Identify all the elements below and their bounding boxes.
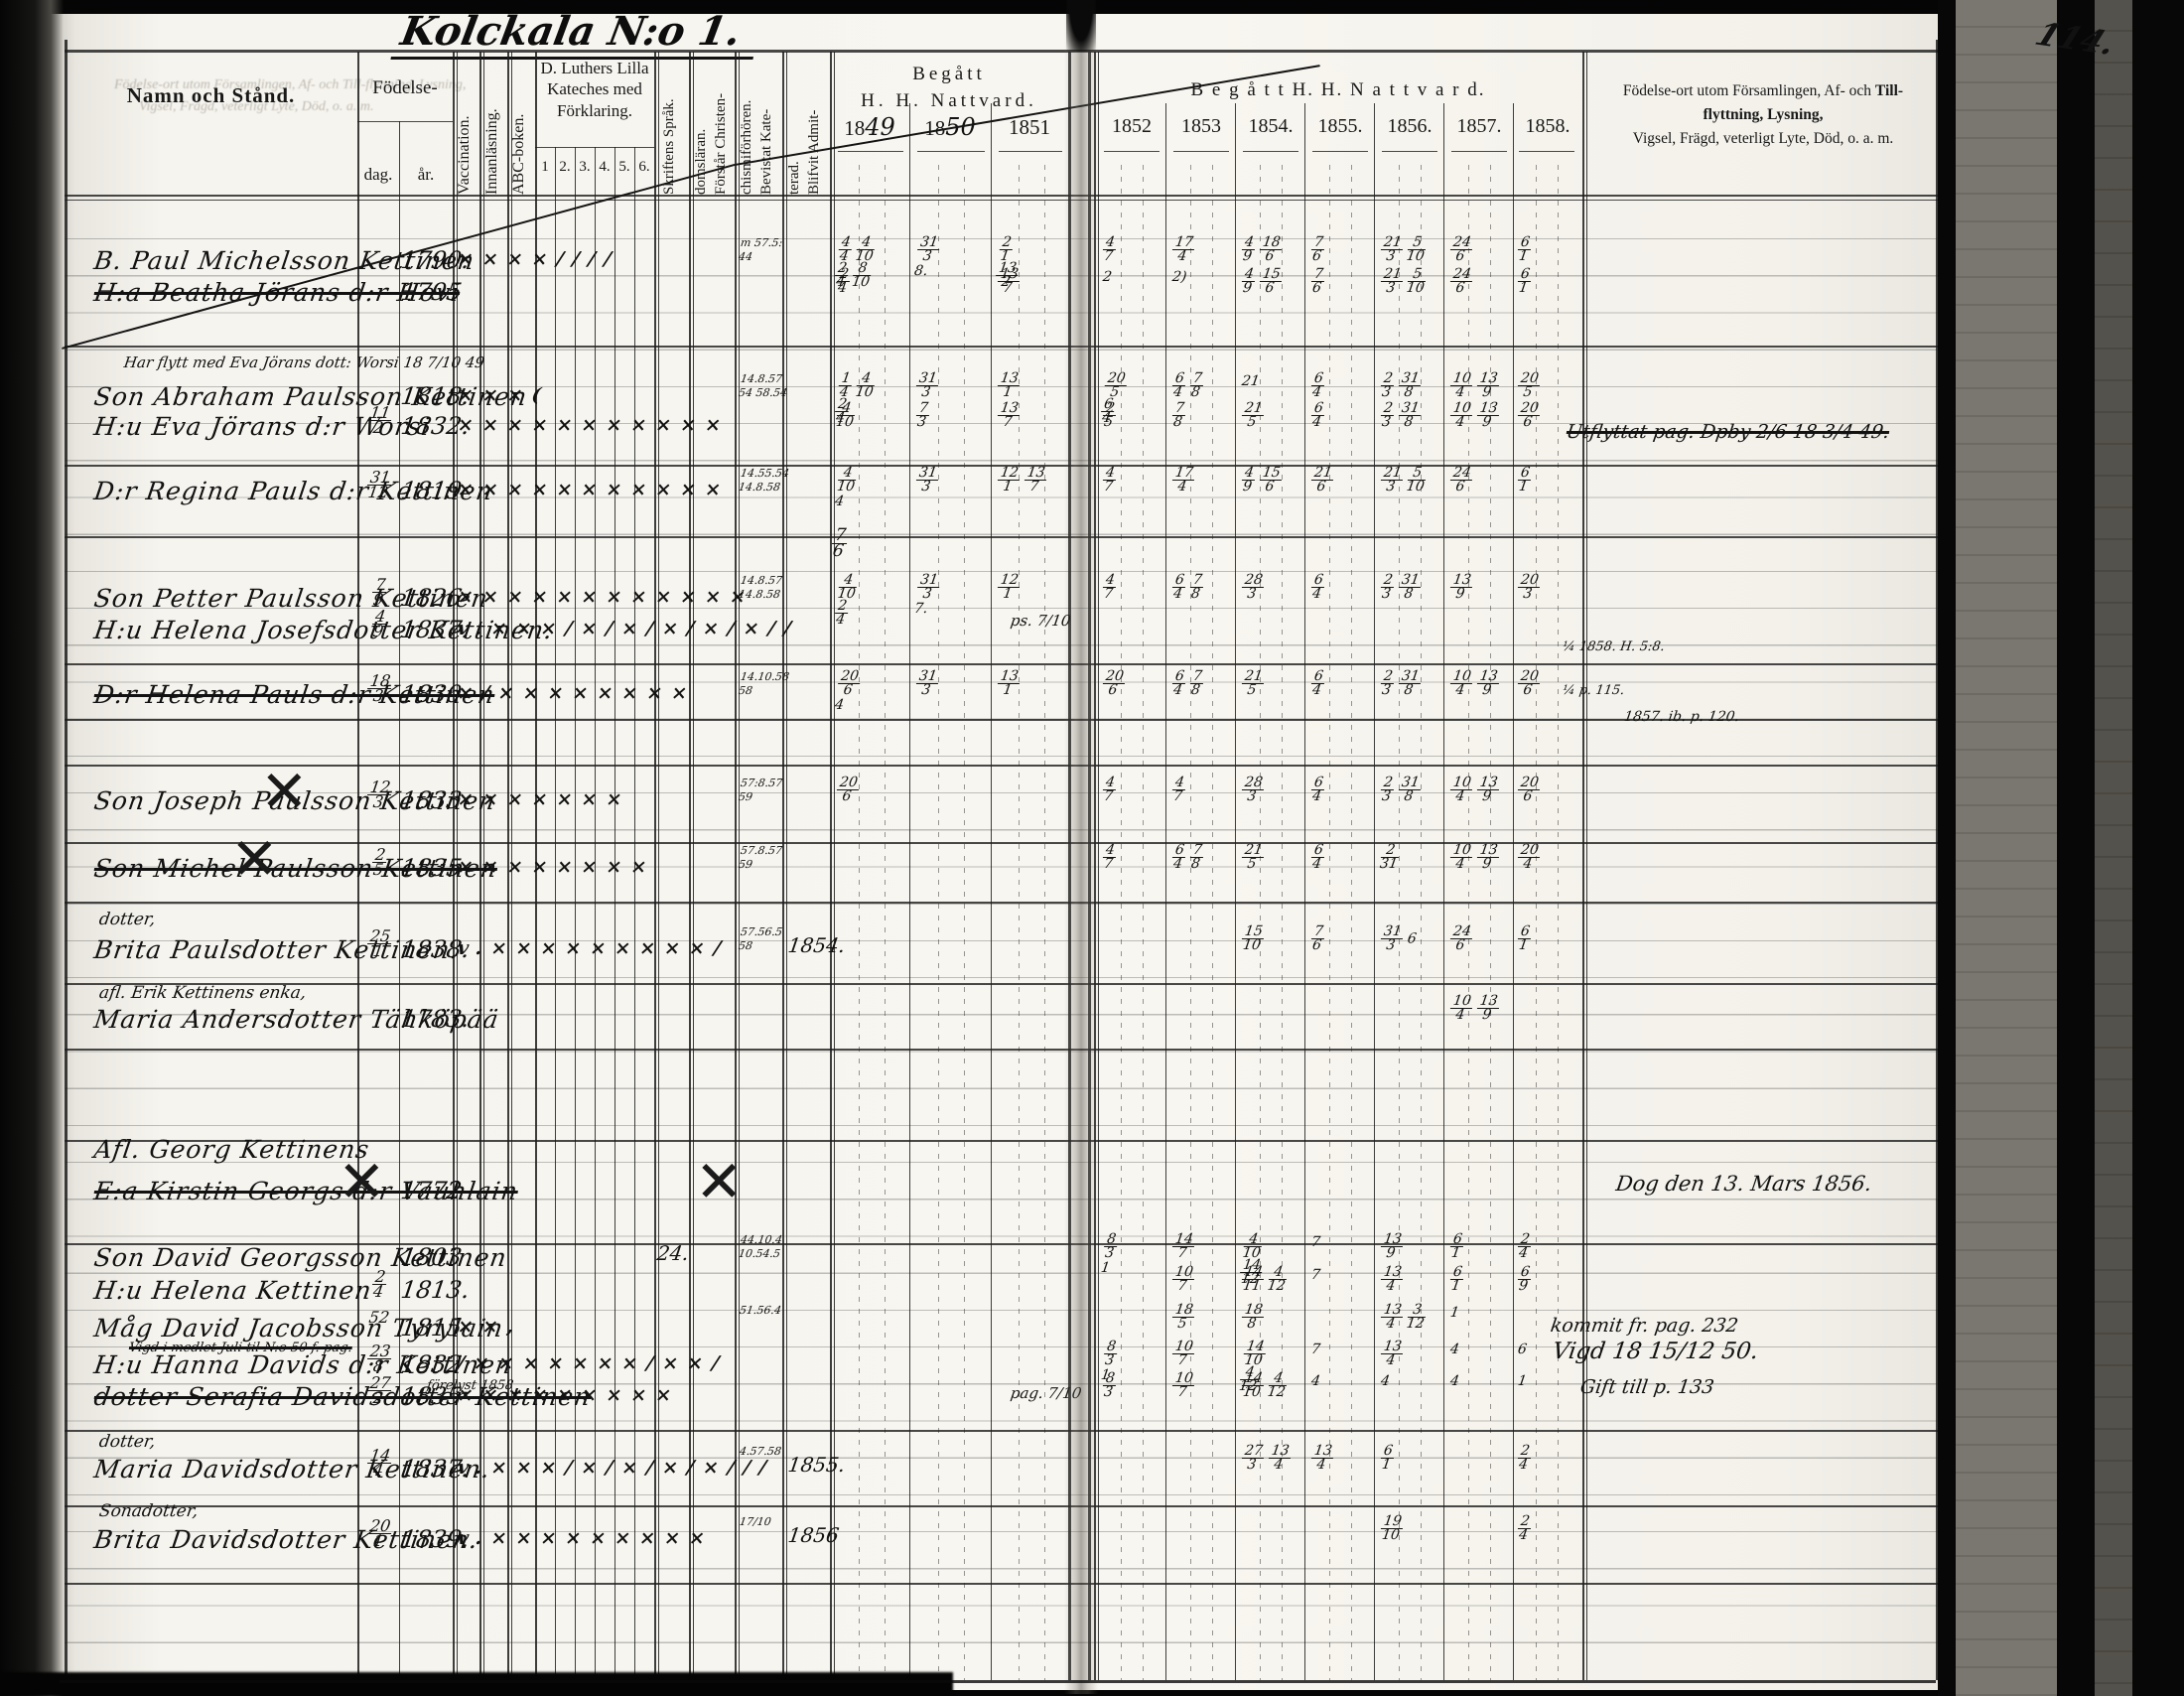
communion-entry: 283 — [1240, 777, 1303, 802]
communion-entry: 49186 — [1240, 236, 1303, 262]
communion-entry: 104139 — [1448, 777, 1512, 802]
scan-bottom-edge — [0, 1672, 953, 1696]
year-col-1854: 1854. — [1237, 115, 1304, 138]
year-col-1856: 1856. — [1376, 115, 1443, 138]
grid-line — [535, 147, 654, 148]
communion-entry: 61 — [1516, 268, 1579, 294]
communion-entry: 313 — [914, 467, 990, 493]
row-birth-year: 1815 — [399, 1314, 464, 1342]
grid-line — [65, 50, 1938, 53]
communion-entry: 7 — [1310, 1341, 1372, 1357]
row-birth-year: 1813. — [399, 1276, 472, 1304]
row-marks: /×××××××/××/ — [456, 1352, 729, 1374]
grid-line — [735, 52, 737, 1680]
grid-line — [65, 536, 1938, 538]
row-birth-year: 1772 — [399, 1177, 464, 1204]
year-col-1858: 1858. — [1515, 115, 1580, 138]
communion-entry: 23318 — [1379, 402, 1442, 428]
row-birth-year: 1795 — [399, 278, 464, 306]
row-birth-year: 1826 — [399, 584, 464, 612]
grid-line — [65, 346, 1938, 348]
book-edge-stripe — [2095, 0, 2132, 1696]
kat-col-4: 4. — [595, 159, 614, 176]
grid-line — [1243, 151, 1298, 152]
margin-annotation: ¼ 1858. H. 5:8. — [1562, 639, 1666, 654]
communion-entry: 73 — [914, 402, 990, 428]
communion-entry: 64 — [1309, 574, 1373, 600]
row-bevistat-note: 57.8.5759 — [738, 844, 783, 872]
row-birth-day: 272 — [357, 1376, 401, 1406]
grid-line — [65, 983, 1938, 985]
margin-annotation: kommit fr. pag. 232 — [1549, 1315, 1739, 1337]
communion-entry: 205 — [1516, 372, 1579, 398]
scan-left-edge — [0, 0, 64, 1696]
grid-line — [1443, 103, 1444, 1680]
communion-entry: 47 — [1101, 236, 1164, 262]
cross-out-mark: ✕ — [695, 1153, 744, 1210]
margin-annotation: Dog den 13. Mars 1856. — [1614, 1172, 1873, 1196]
row-bevistat-note: m 57.5:44 — [738, 236, 783, 264]
row-bevistat-note: 14.8.5754 58.54 — [738, 372, 790, 400]
communion-entry: 134 — [1379, 1341, 1442, 1366]
communion-entry: 131 — [996, 670, 1067, 696]
row-bevistat-note: 51.56.4 — [739, 1304, 782, 1318]
communion-entry: 104139 — [1448, 670, 1512, 696]
year-col-1857: 1857. — [1445, 115, 1513, 138]
grid-line — [1165, 103, 1166, 1680]
communion-entry: 2) — [1171, 268, 1233, 285]
communion-entry: 76 — [1309, 925, 1373, 951]
communion-entry: 61 — [1379, 1445, 1442, 1471]
communion-entry: 204 — [1516, 844, 1579, 870]
communion-entry: 206 — [1101, 670, 1164, 696]
row-birth-day: 3112 — [357, 471, 401, 500]
communion-entry: 313 — [914, 670, 990, 696]
communion-entry: 61 — [1516, 236, 1579, 262]
communion-entry: 273134 — [1240, 1445, 1303, 1471]
col-header-blifvit-2: terad. — [786, 56, 803, 195]
page-bottom-line — [60, 1680, 1936, 1683]
communion-entry: 174 — [1170, 467, 1234, 493]
communion-entry: 23318 — [1379, 372, 1442, 398]
row-birth-day: 24 — [357, 1270, 401, 1300]
row-birth-day: 201 — [357, 1519, 401, 1549]
communion-entry: 203 — [1516, 574, 1579, 600]
grid-line — [357, 121, 453, 122]
communion-entry: 2 — [1102, 268, 1163, 285]
row-marks: ××××××× — [456, 788, 632, 810]
row-birth-day: 238 — [357, 1344, 401, 1374]
row-bevistat-note: 14.10.5858 — [738, 670, 790, 698]
col-header-begatt-left: BegåttH. H. Nattvard. — [830, 62, 1068, 114]
communion-entry: 64 — [1309, 372, 1373, 398]
communion-entry: 1 — [1517, 1372, 1578, 1389]
col-header-luthers: D. Luthers Lilla Kateches med Förklaring… — [535, 58, 654, 121]
row-birth-year: 1830 — [399, 680, 464, 708]
communion-entry: 216 — [1309, 467, 1373, 493]
row-bevistat-note: 17/10 — [739, 1515, 772, 1529]
grid-line — [838, 151, 903, 152]
grid-line — [830, 52, 832, 1680]
row-birth-year: 1803 — [399, 1243, 464, 1271]
row-admitted-year: 1855. — [786, 1453, 847, 1477]
grid-line — [1513, 103, 1514, 1680]
communion-entry: 283 — [1240, 574, 1303, 600]
communion-entry: 61 — [1516, 467, 1579, 493]
communion-entry: 4 — [1449, 1372, 1511, 1389]
col-header-abc-boken: ABC-boken. — [510, 56, 528, 195]
communion-entry: 246 — [1448, 236, 1512, 262]
communion-entry: 215 — [1240, 670, 1303, 696]
communion-entry: 1910 — [1379, 1515, 1442, 1541]
row-birth-day: 79 — [357, 578, 401, 608]
grid-line — [65, 1430, 1938, 1432]
scan-right-edge — [1938, 0, 2184, 1696]
communion-entry: 23318 — [1379, 574, 1442, 600]
grid-line — [1451, 151, 1507, 152]
communion-entry: 215 — [1240, 844, 1303, 870]
communion-entry: 188 — [1240, 1304, 1303, 1330]
communion-entry: 313 — [914, 372, 990, 398]
row-marks: ×/×××××××× — [456, 682, 697, 704]
communion-entry: 213510 — [1379, 236, 1442, 262]
grid-line — [917, 151, 985, 152]
col-header-vaccination: Vaccination. — [456, 56, 474, 195]
grid-line — [1104, 151, 1160, 152]
row-bevistat-note: 4.57.58 — [739, 1445, 782, 1459]
communion-entry: 246 — [1448, 925, 1512, 951]
communion-entry: 47 — [1101, 777, 1164, 802]
col-header-bevistat-2: chismiförhören. — [739, 56, 755, 195]
grid-line — [909, 103, 910, 1680]
communion-entry: 1411412 — [1240, 1266, 1303, 1292]
communion-entry: 24 — [1516, 1515, 1579, 1541]
communion-entry: 107 — [1170, 1266, 1234, 1292]
row-marks: ××××××××××× — [456, 414, 731, 436]
grid-line — [834, 52, 835, 1680]
grid-line — [65, 765, 1938, 767]
col-header-ar: år. — [399, 165, 453, 185]
grid-line — [658, 52, 659, 1680]
grid-line — [614, 147, 615, 1680]
communion-entry: 137 — [996, 402, 1067, 428]
row-bevistat-note: 14.55.5414.8.58 — [738, 467, 790, 495]
col-header-fodelse: Födelse- — [357, 77, 453, 99]
communion-entry: 24 — [1516, 1233, 1579, 1259]
margin-annotation: Utflyttat pag. Dpby 2/6 18 3/4 49. — [1565, 421, 1890, 443]
grid-line — [689, 52, 691, 1680]
row-birth-year: 1833 — [399, 786, 464, 814]
communion-entry: 104139 — [1448, 372, 1512, 398]
communion-entry: 104139 — [1448, 995, 1512, 1021]
row-marks: ×××××××××××× — [456, 586, 755, 608]
margin-annotation: Vigd 18 15/12 50. — [1551, 1339, 1760, 1364]
communion-entry: 4104 — [834, 467, 909, 509]
page-fold-top — [1066, 0, 1096, 52]
communion-entry: 131 — [996, 372, 1067, 398]
communion-entry: 21 — [1241, 372, 1302, 389]
communion-entry: 23318 — [1379, 777, 1442, 802]
grid-line — [555, 147, 556, 1680]
row-bevistat-note: 57.56.558 — [738, 925, 783, 953]
row-birth-year: 1819 — [399, 477, 464, 504]
grid-line — [65, 200, 1938, 201]
grid-line — [65, 40, 68, 1680]
col-header-skriftens-sprak: Skriftens Språk. — [661, 56, 678, 195]
kat-col-2: 2. — [555, 159, 575, 176]
row-bevistat-note: 44.10.410.54.5 — [738, 1233, 783, 1261]
row-marks: ××××//// — [456, 248, 621, 270]
grid-line — [65, 1049, 1938, 1051]
margin-annotation: ps. 7/10 — [1010, 612, 1072, 630]
page-fold — [1064, 14, 1098, 1694]
communion-entry: 4 — [1310, 1372, 1372, 1389]
communion-entry: 41024 — [833, 574, 909, 626]
communion-entry: 76 — [1309, 268, 1373, 294]
communion-entry: 64 — [1309, 844, 1373, 870]
communion-entry: 206 — [835, 777, 908, 802]
scan-top-edge — [0, 0, 1938, 14]
communion-entry: 6478 — [1170, 372, 1234, 398]
communion-entry: 6478 — [1170, 670, 1234, 696]
communion-entry: 137 — [996, 268, 1067, 294]
row-name: Afl. Georg Kettinens — [92, 1135, 371, 1164]
grid-line — [65, 842, 1938, 844]
cross-out-mark: ✕ — [230, 830, 279, 888]
kat-col-6: 6. — [634, 159, 654, 176]
communion-entry: 69 — [1516, 1266, 1579, 1292]
row-marks: ×××××××× — [456, 856, 656, 878]
col-header-notes: Födelse-ort utom Församlingen, Af- och T… — [1594, 79, 1932, 151]
communion-entry: 64 — [1309, 670, 1373, 696]
col-header-namn: Namn och Stånd. — [65, 83, 357, 108]
communion-entry: 139 — [1379, 1233, 1442, 1259]
col-header-dag: dag. — [357, 165, 399, 185]
communion-entry: 61 — [1516, 925, 1579, 951]
row-birth-day: 251 — [357, 929, 401, 959]
grid-line — [1374, 103, 1375, 1680]
row-birth-day: 123 — [357, 780, 401, 810]
row-pre-label: afl. Erik Kettinens enka, — [98, 983, 308, 1003]
grid-line — [595, 147, 596, 1680]
grid-line — [65, 195, 1938, 197]
communion-entry: 49156 — [1240, 268, 1303, 294]
communion-entry: 23318 — [1379, 670, 1442, 696]
grid-line — [782, 52, 784, 1680]
communion-entry: 3137. — [913, 574, 991, 617]
row-birth-day: 144 — [357, 1449, 401, 1479]
row-birth-year: 1832 — [399, 1350, 464, 1378]
year-col-1853: 1853 — [1167, 115, 1235, 138]
margin-annotation: ¼ p. 115. — [1562, 683, 1625, 698]
communion-entry: 47 — [1101, 574, 1164, 600]
grid-line — [1173, 151, 1229, 152]
communion-entry: 49156 — [1240, 467, 1303, 493]
row-birth-day: 112 — [357, 406, 401, 436]
grid-line — [693, 52, 694, 1680]
communion-entry: 139 — [1448, 574, 1512, 600]
row-admitted-year: 1856 — [786, 1523, 840, 1547]
communion-entry: 76 — [1309, 236, 1373, 262]
communion-entry: 107 — [1170, 1341, 1234, 1366]
row-skrift-mark: 24. — [655, 1241, 690, 1265]
communion-entry: 2064 — [834, 670, 909, 713]
row-birth-year: 1835 — [399, 854, 464, 882]
margin-annotation: 1857. ib. p. 120. — [1623, 709, 1740, 725]
communion-entry: 206 — [1516, 777, 1579, 802]
row-marks: v.××××××××× — [456, 1527, 715, 1549]
grid-line — [1582, 52, 1584, 1680]
communion-entry: 4 — [1380, 1372, 1441, 1389]
communion-entry: 213510 — [1379, 268, 1442, 294]
communion-entry: 213510 — [1379, 467, 1442, 493]
grid-line — [575, 147, 576, 1680]
year-col-1855: 1855. — [1306, 115, 1374, 138]
communion-entry: 6478 — [1170, 574, 1234, 600]
communion-entry: 47 — [1170, 777, 1234, 802]
grid-line — [1235, 103, 1236, 1680]
communion-entry: 134 — [1379, 1266, 1442, 1292]
grid-line — [1382, 151, 1437, 152]
row-marks: ××××××××××× — [456, 479, 731, 500]
communion-entry: 104139 — [1448, 402, 1512, 428]
communion-entry: 410 — [835, 402, 908, 428]
grid-line — [65, 1583, 1938, 1585]
col-header-blifvit-1: Blifvit Admit- — [806, 56, 823, 195]
communion-entry: 147 — [1170, 1233, 1234, 1259]
grid-line — [65, 1505, 1938, 1507]
kat-col-5: 5. — [614, 159, 634, 176]
grid-line — [1586, 52, 1587, 1680]
scanned-church-record-page: Kolckala N:o 1. Födelse-ort utom Församl… — [0, 0, 2184, 1696]
communion-entry: 7 — [1310, 1233, 1372, 1250]
row-birth-day: 25 — [357, 848, 401, 878]
grid-line — [999, 151, 1062, 152]
row-marks: ××, — [456, 1316, 524, 1338]
communion-entry: 6478 — [1170, 844, 1234, 870]
communion-entry: 7 — [1310, 1266, 1372, 1283]
row-birth-day: 49 — [357, 610, 401, 639]
communion-entry: 134312 — [1379, 1304, 1442, 1330]
row-marks: v.×××××××××/ — [456, 937, 731, 959]
margin-annotation: Vigd i medlet Juli til N:o 50 f. pag. — [128, 1341, 353, 1355]
margin-annotation: förelyst 1858 — [426, 1378, 514, 1393]
kat-col-3: 3. — [575, 159, 595, 176]
grid-line — [65, 663, 1938, 665]
col-header-bevistat-1: Bevistat Kate- — [758, 56, 775, 195]
communion-entry: 47 — [1101, 844, 1164, 870]
communion-entry: 25 — [1101, 402, 1164, 428]
cross-out-mark: ✕ — [260, 763, 309, 820]
communion-entry: 174 — [1170, 236, 1234, 262]
communion-entry: 78 — [1170, 402, 1234, 428]
communion-entry: 185 — [1170, 1304, 1234, 1330]
communion-entry: 215 — [1240, 402, 1303, 428]
row-name: H:u Helena Kettinen — [92, 1276, 374, 1305]
row-birth-day: 52 — [358, 1308, 401, 1327]
grid-line — [634, 147, 635, 1680]
communion-entry: 47 — [1101, 467, 1164, 493]
margin-annotation: Gift till p. 133 — [1578, 1376, 1714, 1398]
grid-line — [1098, 52, 1099, 1680]
margin-annotation: Har flytt med Eva Jörans dott: Worsi 18 … — [123, 353, 485, 371]
grid-line — [1312, 151, 1368, 152]
communion-entry: 3136 — [1379, 925, 1442, 951]
communion-entry: 134 — [1309, 1445, 1373, 1471]
communion-entry: 107 — [1170, 1372, 1234, 1398]
communion-entry: 64 — [1309, 777, 1373, 802]
cross-out-mark: ✕ — [338, 1153, 386, 1210]
communion-entry: 24 — [1516, 1445, 1579, 1471]
year-col-1852: 1852 — [1098, 115, 1165, 138]
row-marks: v.×××/×/×/×/×/// — [456, 1457, 776, 1479]
communion-entry: 1410412 — [1240, 1372, 1303, 1398]
communion-entry: 104139 — [1448, 844, 1512, 870]
communion-entry: 246 — [1448, 467, 1512, 493]
row-marks: v.×××/×/×/×/×/×// — [456, 618, 801, 639]
communion-entry: 61 — [1448, 1266, 1512, 1292]
col-header-forstar-1: Förstår Christen- — [713, 56, 730, 195]
communion-entry: 121137 — [996, 467, 1067, 493]
communion-entry: 3138. — [913, 236, 991, 279]
communion-entry: 64 — [1309, 402, 1373, 428]
row-marks: ×××( — [456, 384, 551, 406]
kat-col-1: 1 — [535, 159, 555, 176]
grid-line — [65, 902, 1938, 904]
grid-line — [1519, 151, 1574, 152]
grid-line — [786, 52, 787, 1680]
communion-entry: 1 — [1449, 1304, 1511, 1321]
grid-line — [991, 103, 992, 1680]
communion-entry: 61 — [1448, 1233, 1512, 1259]
communion-entry: 1510 — [1240, 925, 1303, 951]
row-pre-label: Sonadotter, — [98, 1501, 200, 1521]
row-admitted-year: 1854. — [786, 933, 847, 957]
communion-entry: 121 — [996, 574, 1067, 600]
grid-line — [1304, 103, 1305, 1680]
col-header-innanlasning: Innanläsning. — [483, 56, 501, 195]
row-birth-year: 1783. — [399, 1005, 472, 1033]
row-bevistat-note: 57:8.5759 — [738, 777, 783, 804]
communion-entry: 83 — [1101, 1372, 1164, 1398]
row-pre-label: dotter, — [98, 1432, 157, 1452]
row-bevistat-note: 14.8.5714.8.58 — [738, 574, 783, 602]
communion-entry: 246 — [1448, 268, 1512, 294]
row-pre-label: dotter, — [98, 910, 157, 929]
communion-entry: 231 — [1379, 844, 1442, 870]
communion-entry: 24 — [835, 268, 908, 294]
communion-entry: 4 — [1449, 1341, 1511, 1357]
communion-entry: 831 — [1100, 1233, 1165, 1276]
row-birth-day: 183 — [357, 674, 401, 704]
book-edge-stripe — [1956, 0, 2057, 1696]
